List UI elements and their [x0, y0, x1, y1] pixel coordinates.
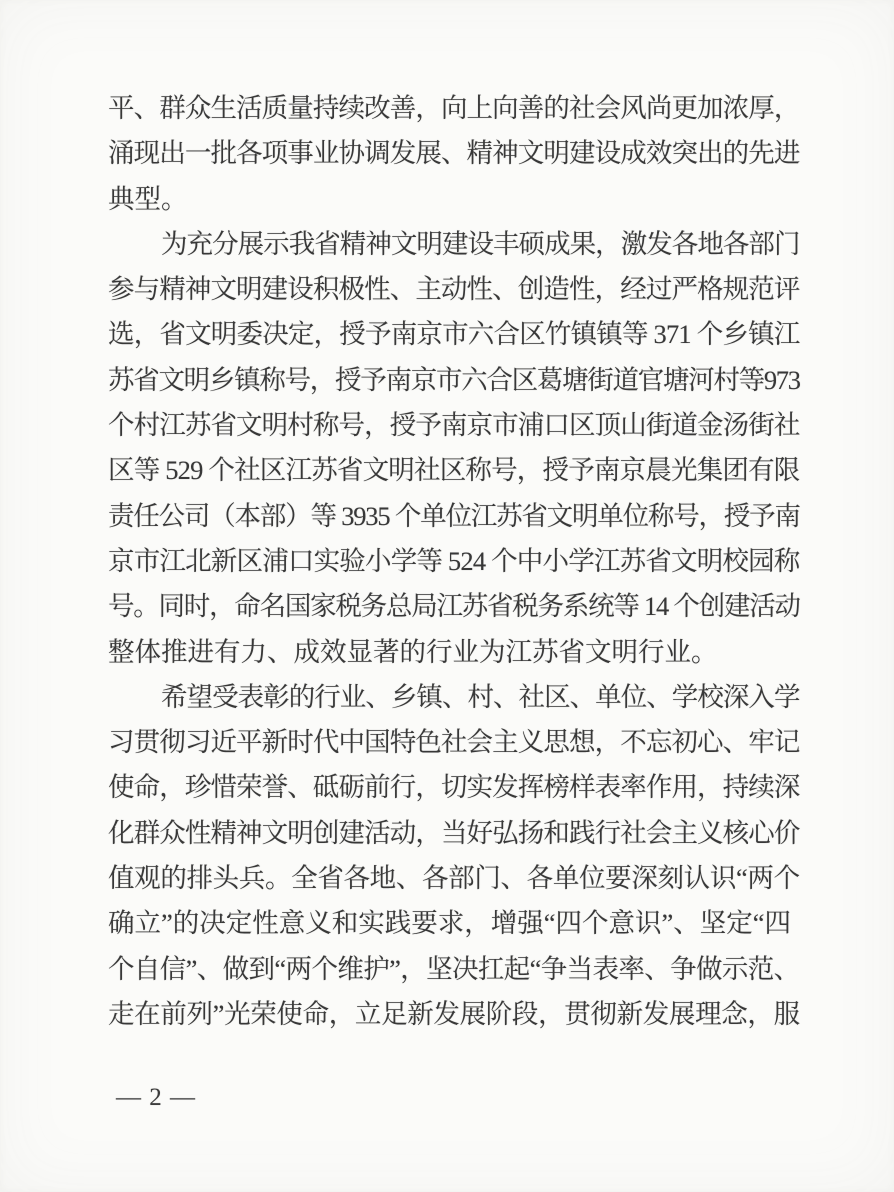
text-line: 号。同时，命名国家税务总局江苏省税务系统等 14 个创建活动	[108, 584, 800, 629]
text-line: 责任公司（本部）等 3935 个单位江苏省文明单位称号，授予南	[108, 494, 800, 539]
text-line: 走在前列”光荣使命，立足新发展阶段，贯彻新发展理念，服	[108, 992, 800, 1037]
text-line: 参与精神文明建设积极性、主动性、创造性，经过严格规范评	[108, 267, 800, 312]
text-line: 值观的排头兵。全省各地、各部门、各单位要深刻认识“两个	[108, 856, 800, 901]
text-line: 希望受表彰的行业、乡镇、村、社区、单位、学校深入学	[108, 675, 800, 720]
text-line: 选，省文明委决定，授予南京市六合区竹镇镇等 371 个乡镇江	[108, 312, 800, 357]
text-line: 个自信”、做到“两个维护”，坚决扛起“争当表率、争做示范、	[108, 947, 800, 992]
text-line: 化群众性精神文明创建活动，当好弘扬和践行社会主义核心价	[108, 811, 800, 856]
text-line: 整体推进有力、成效显著的行业为江苏省文明行业。	[108, 630, 800, 675]
document-text-block: 平、群众生活质量持续改善，向上向善的社会风尚更加浓厚， 涌现出一批各项事业协调发…	[108, 86, 800, 1037]
text-line: 使命，珍惜荣誉、砥砺前行，切实发挥榜样表率作用，持续深	[108, 765, 800, 810]
text-line: 个村江苏省文明村称号，授予南京市浦口区顶山街道金汤街社	[108, 403, 800, 448]
text-line: 习贯彻习近平新时代中国特色社会主义思想，不忘初心、牢记	[108, 720, 800, 765]
text-line: 平、群众生活质量持续改善，向上向善的社会风尚更加浓厚，	[108, 86, 800, 131]
text-line: 为充分展示我省精神文明建设丰硕成果，激发各地各部门	[108, 222, 800, 267]
page-number: — 2 —	[116, 1082, 196, 1114]
text-line: 涌现出一批各项事业协调发展、精神文明建设成效突出的先进	[108, 131, 800, 176]
text-line: 典型。	[108, 177, 800, 222]
text-line: 京市江北新区浦口实验小学等 524 个中小学江苏省文明校园称	[108, 539, 800, 584]
text-line: 确立”的决定性意义和实践要求，增强“四个意识”、坚定“四	[108, 901, 800, 946]
text-line: 苏省文明乡镇称号，授予南京市六合区葛塘街道官塘河村等973	[108, 358, 800, 403]
text-line: 区等 529 个社区江苏省文明社区称号，授予南京晨光集团有限	[108, 448, 800, 493]
